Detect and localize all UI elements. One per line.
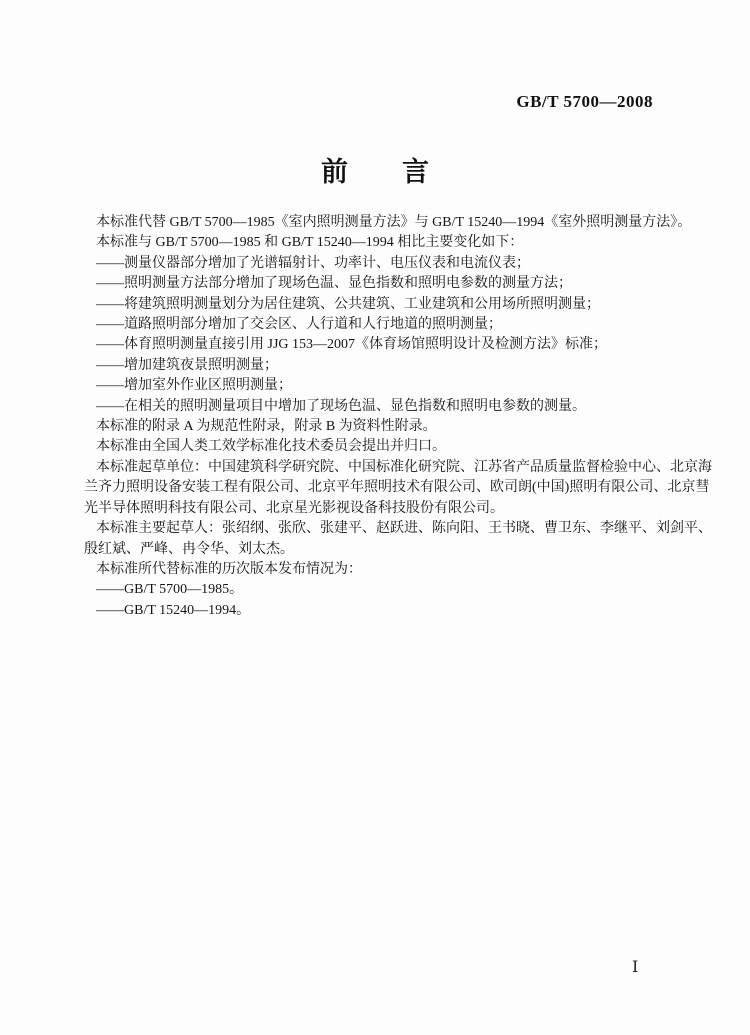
foreword-title: 前 言 xyxy=(0,150,750,189)
foreword-line: ——道路照明部分增加了交会区、人行道和人行地道的照明测量； xyxy=(84,315,662,335)
foreword-line: ——在相关的照明测量项目中增加了现场色温、显色指数和照明电参数的测量。 xyxy=(84,397,662,417)
foreword-line: ——将建筑照明测量划分为居住建筑、公共建筑、工业建筑和公用场所照明测量； xyxy=(84,295,662,315)
standard-code: GB/T 5700—2008 xyxy=(516,92,653,112)
foreword-line: ——增加室外作业区照明测量； xyxy=(84,376,662,396)
foreword-line: ——增加建筑夜景照明测量； xyxy=(84,356,662,376)
foreword-line: 本标准所代替标准的历次版本发布情况为： xyxy=(84,560,662,580)
foreword-line: ——GB/T 15240—1994。 xyxy=(84,601,662,621)
foreword-line: 本标准的附录 A 为规范性附录，附录 B 为资料性附录。 xyxy=(84,417,662,437)
foreword-line: 本标准起草单位：中国建筑科学研究院、中国标准化研究院、江苏省产品质量监督检验中心… xyxy=(84,458,662,478)
foreword-line: 本标准代替 GB/T 5700—1985《室内照明测量方法》与 GB/T 152… xyxy=(84,213,662,233)
foreword-line: ——照明测量方法部分增加了现场色温、显色指数和照明电参数的测量方法； xyxy=(84,274,662,294)
foreword-line: 本标准由全国人类工效学标准化技术委员会提出并归口。 xyxy=(84,437,662,457)
foreword-line: 本标准与 GB/T 5700—1985 和 GB/T 15240—1994 相比… xyxy=(84,233,662,253)
page-number: Ⅰ xyxy=(632,957,638,977)
foreword-line: ——GB/T 5700—1985。 xyxy=(84,580,662,600)
foreword-line: 兰齐力照明设备安装工程有限公司、北京平年照明技术有限公司、欧司朗(中国)照明有限… xyxy=(84,478,662,498)
foreword-body: 本标准代替 GB/T 5700—1985《室内照明测量方法》与 GB/T 152… xyxy=(84,213,662,621)
document-page: GB/T 5700—2008 前 言 本标准代替 GB/T 5700—1985《… xyxy=(0,0,750,1035)
foreword-line: 本标准主要起草人：张绍纲、张欣、张建平、赵跃进、陈向阳、王书晓、曹卫东、李继平、… xyxy=(84,519,662,539)
foreword-line: ——体育照明测量直接引用 JJG 153—2007《体育场馆照明设计及检测方法》… xyxy=(84,335,662,355)
foreword-line: 殷红斌、严峰、冉令华、刘太杰。 xyxy=(84,540,662,560)
foreword-line: ——测量仪器部分增加了光谱辐射计、功率计、电压仪表和电流仪表； xyxy=(84,254,662,274)
foreword-line: 光半导体照明科技有限公司、北京星光影视设备科技股份有限公司。 xyxy=(84,499,662,519)
